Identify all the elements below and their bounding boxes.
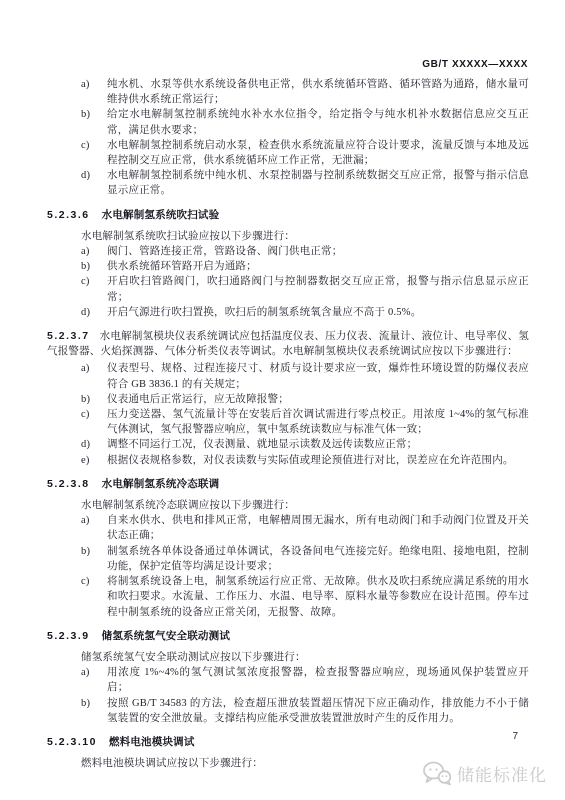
item-list: a)阀门、管路连接正常，管路设备、阀门供电正常；b)供水系统循环管路开启为通路；… (47, 244, 529, 320)
page-number: 7 (512, 731, 518, 742)
watermark: 储能标准化 (422, 760, 547, 786)
heading-number: 5.2.3.6 (47, 209, 90, 221)
list-item-label: c) (81, 407, 107, 437)
clause-number: 5.2.3.7 (47, 330, 90, 342)
list-item-label: c) (81, 274, 107, 304)
heading-number: 5.2.3.9 (47, 630, 90, 642)
list-item-label: d) (81, 437, 107, 452)
section-heading: 5.2.3.8水电解制氢系统冷态联调 (47, 477, 529, 492)
numbered-paragraph: 5.2.3.7水电解制氢模块仪表系统调试应包括温度仪表、压力仪表、流量计、液位计… (47, 329, 529, 359)
list-item-text: 仪表通电后正常运行，应无故障报警； (107, 392, 529, 407)
document-content: a)纯水机、水泵等供水系统设备供电正常，供水系统循环管路、循环管路为通路，储水量… (47, 77, 529, 771)
heading-title: 水电解制氢系统冷态联调 (102, 478, 220, 490)
list-item-text: 压力变送器、氢气流量计等在安装后首次调试需进行零点校正。用浓度 1~4%的氢气标… (107, 407, 529, 437)
list-item: e)根据仪表规格参数，对仪表读数与实际值或理论预值进行对比，误差应在允许范围内。 (47, 453, 529, 468)
list-item-text: 开启气源进行吹扫置换，吹扫后的制氢系统氧含量应不高于 0.5%。 (107, 305, 529, 320)
clause-text: 水电解制氢模块仪表系统调试应包括温度仪表、压力仪表、流量计、液位计、电导率仪、氢… (47, 331, 529, 357)
item-list: a)纯水机、水泵等供水系统设备供电正常，供水系统循环管路、循环管路为通路，储水量… (47, 77, 529, 199)
list-item-label: a) (81, 361, 107, 391)
list-item-label: b) (81, 696, 107, 726)
wechat-bubbles-icon (422, 760, 452, 786)
list-item-label: a) (81, 665, 107, 695)
list-item: b)按照 GB/T 34583 的方法，检查超压泄放装置超压情况下应正确动作，排… (47, 696, 529, 726)
list-item-text: 水电解制氢控制系统启动水泵，检查供水系统流量应符合设计要求，流量反馈与本地及远程… (107, 138, 529, 168)
list-item-text: 根据仪表规格参数，对仪表读数与实际值或理论预值进行对比，误差应在允许范围内。 (107, 453, 529, 468)
list-item: b)供水系统循环管路开启为通路； (47, 259, 529, 274)
list-item-text: 制氢系统各单体设备通过单体调试，各设备间电气连接完好。绝缘电阻、接地电阻，控制功… (107, 544, 529, 574)
list-item-label: b) (81, 544, 107, 574)
list-item-label: b) (81, 392, 107, 407)
list-item-label: e) (81, 453, 107, 468)
list-item-text: 水电解制氢控制系统中纯水机、水泵控制器与控制系统数据交互应正常，报警与指示信息显… (107, 168, 529, 198)
list-item: d)调整不同运行工况，仪表测量、就地显示读数及远传读数应正常； (47, 437, 529, 452)
item-list: a)仪表型号、规格、过程连接尺寸、材质与设计要求应一致，爆炸性环境设置的防爆仪表… (47, 361, 529, 467)
list-item-label: a) (81, 513, 107, 543)
list-item-text: 自来水供水、供电和排风正常，电解槽周围无漏水，所有电动阀门和手动阀门位置及开关状… (107, 513, 529, 543)
list-item: c)将制氢系统设备上电，制氢系统运行应正常、无故障。供水及吹扫系统应满足系统的用… (47, 574, 529, 620)
list-item: b)给定水电解制氢控制系统纯水补水水位指令，给定指令与纯水机补水数据信息应交互正… (47, 107, 529, 137)
list-item-label: c) (81, 574, 107, 620)
list-item: a)仪表型号、规格、过程连接尺寸、材质与设计要求应一致，爆炸性环境设置的防爆仪表… (47, 361, 529, 391)
list-item-text: 纯水机、水泵等供水系统设备供电正常，供水系统循环管路、循环管路为通路，储水量可维… (107, 77, 529, 107)
list-item-label: d) (81, 168, 107, 198)
paragraph: 水电解制氢系统吹扫试验应按以下步骤进行： (47, 229, 529, 244)
list-item: c)压力变送器、氢气流量计等在安装后首次调试需进行零点校正。用浓度 1~4%的氢… (47, 407, 529, 437)
list-item-label: a) (81, 77, 107, 107)
list-item-label: d) (81, 305, 107, 320)
heading-title: 储氢系统氢气安全联动测试 (102, 630, 230, 642)
section-heading: 5.2.3.10燃料电池模块调试 (47, 735, 529, 750)
list-item: a)自来水供水、供电和排风正常，电解槽周围无漏水，所有电动阀门和手动阀门位置及开… (47, 513, 529, 543)
list-item-label: b) (81, 107, 107, 137)
list-item-text: 调整不同运行工况，仪表测量、就地显示读数及远传读数应正常； (107, 437, 529, 452)
list-item-label: a) (81, 244, 107, 259)
list-item-label: b) (81, 259, 107, 274)
list-item-text: 用浓度 1%~4%的氢气测试氢浓度报警器，检查报警器应响应，现场通风保护装置应开… (107, 665, 529, 695)
heading-number: 5.2.3.10 (47, 736, 97, 748)
item-list: a)自来水供水、供电和排风正常，电解槽周围无漏水，所有电动阀门和手动阀门位置及开… (47, 513, 529, 619)
list-item-text: 仪表型号、规格、过程连接尺寸、材质与设计要求应一致，爆炸性环境设置的防爆仪表应符… (107, 361, 529, 391)
list-item: d)开启气源进行吹扫置换，吹扫后的制氢系统氧含量应不高于 0.5%。 (47, 305, 529, 320)
list-item-text: 供水系统循环管路开启为通路； (107, 259, 529, 274)
list-item-text: 给定水电解制氢控制系统纯水补水水位指令，给定指令与纯水机补水数据信息应交互正常，… (107, 107, 529, 137)
standard-number-header: GB/T XXXXX—XXXX (422, 59, 528, 70)
list-item-text: 阀门、管路连接正常，管路设备、阀门供电正常； (107, 244, 529, 259)
item-list: a)用浓度 1%~4%的氢气测试氢浓度报警器，检查报警器应响应，现场通风保护装置… (47, 665, 529, 726)
heading-number: 5.2.3.8 (47, 478, 90, 490)
list-item: a)用浓度 1%~4%的氢气测试氢浓度报警器，检查报警器应响应，现场通风保护装置… (47, 665, 529, 695)
list-item: c)水电解制氢控制系统启动水泵，检查供水系统流量应符合设计要求，流量反馈与本地及… (47, 138, 529, 168)
list-item: b)制氢系统各单体设备通过单体调试，各设备间电气连接完好。绝缘电阻、接地电阻，控… (47, 544, 529, 574)
document-page: GB/T XXXXX—XXXX a)纯水机、水泵等供水系统设备供电正常，供水系统… (0, 0, 565, 800)
watermark-text: 储能标准化 (457, 761, 547, 786)
paragraph: 水电解制氢系统冷态联调应按以下步骤进行： (47, 498, 529, 513)
section-heading: 5.2.3.9储氢系统氢气安全联动测试 (47, 629, 529, 644)
list-item: a)阀门、管路连接正常，管路设备、阀门供电正常； (47, 244, 529, 259)
list-item: c)开启吹扫管路阀门，吹扫通路阀门与控制器数据交互应正常，报警与指示信息显示应正… (47, 274, 529, 304)
list-item: b)仪表通电后正常运行，应无故障报警； (47, 392, 529, 407)
list-item: a)纯水机、水泵等供水系统设备供电正常，供水系统循环管路、循环管路为通路，储水量… (47, 77, 529, 107)
section-heading: 5.2.3.6水电解制氢系统吹扫试验 (47, 208, 529, 223)
list-item-label: c) (81, 138, 107, 168)
list-item-text: 开启吹扫管路阀门，吹扫通路阀门与控制器数据交互应正常，报警与指示信息显示应正常； (107, 274, 529, 304)
list-item: d)水电解制氢控制系统中纯水机、水泵控制器与控制系统数据交互应正常，报警与指示信… (47, 168, 529, 198)
heading-title: 燃料电池模块调试 (109, 736, 195, 748)
list-item-text: 按照 GB/T 34583 的方法，检查超压泄放装置超压情况下应正确动作，排放能… (107, 696, 529, 726)
paragraph: 储氢系统氢气安全联动测试应按以下步骤进行： (47, 650, 529, 665)
heading-title: 水电解制氢系统吹扫试验 (102, 209, 220, 221)
list-item-text: 将制氢系统设备上电，制氢系统运行应正常、无故障。供水及吹扫系统应满足系统的用水和… (107, 574, 529, 620)
